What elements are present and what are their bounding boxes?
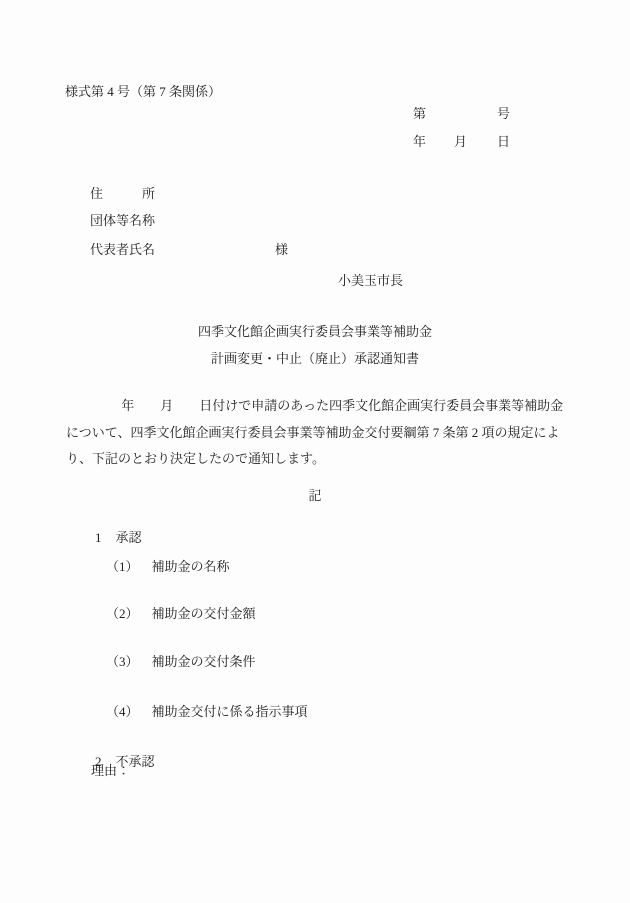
- form-number: 様式第 4 号（第 7 条関係）: [65, 84, 221, 100]
- list-subitem-2-label: 補助金の交付金額: [152, 606, 256, 621]
- date-month-label: 月: [454, 134, 467, 150]
- list-subitem-4: （4）補助金交付に係る指示事項: [93, 688, 308, 737]
- list-subitem-2-number: （2）: [106, 606, 139, 621]
- address-label: 住 所: [90, 186, 155, 202]
- document-title-line1: 四季文化館企画実行委員会事業等補助金: [0, 324, 630, 340]
- list-subitem-1: （1）補助金の名称: [93, 543, 230, 592]
- doc-number-prefix: 第: [413, 106, 426, 122]
- list-subitem-1-label: 補助金の名称: [152, 559, 230, 574]
- list-subitem-4-number: （4）: [106, 704, 139, 719]
- list-subitem-3: （3）補助金の交付条件: [93, 638, 256, 687]
- list-subitem-3-number: （3）: [106, 654, 139, 669]
- list-subitem-3-label: 補助金の交付条件: [152, 654, 256, 669]
- body-paragraph-line3: り、下記のとおり決定したので通知します。: [66, 451, 325, 467]
- record-marker: 記: [0, 488, 630, 504]
- list-subitem-4-label: 補助金交付に係る指示事項: [152, 704, 308, 719]
- sender-name: 小美玉市長: [338, 273, 403, 289]
- body-paragraph-line2: について、四季文化館企画実行委員会事業等補助金交付要綱第 7 条第 2 項の規定…: [66, 425, 559, 441]
- document-page: 様式第 4 号（第 7 条関係） 第 号 年 月 日 住 所 団体等名称 代表者…: [0, 0, 630, 903]
- document-title-line2: 計画変更・中止（廃止）承認通知書: [0, 351, 630, 367]
- list-subitem-1-number: （1）: [106, 559, 139, 574]
- doc-number-suffix: 号: [497, 106, 510, 122]
- representative-label: 代表者氏名: [90, 242, 155, 258]
- reason-label: 理由：: [91, 763, 130, 779]
- organization-label: 団体等名称: [90, 213, 155, 229]
- body-paragraph-line1: 年 月 日付けで申請のあった四季文化館企画実行委員会事業等補助金: [66, 398, 563, 414]
- list-subitem-2: （2）補助金の交付金額: [93, 590, 256, 639]
- date-day-label: 日: [497, 134, 510, 150]
- honorific-label: 様: [275, 242, 288, 258]
- date-year-label: 年: [413, 134, 426, 150]
